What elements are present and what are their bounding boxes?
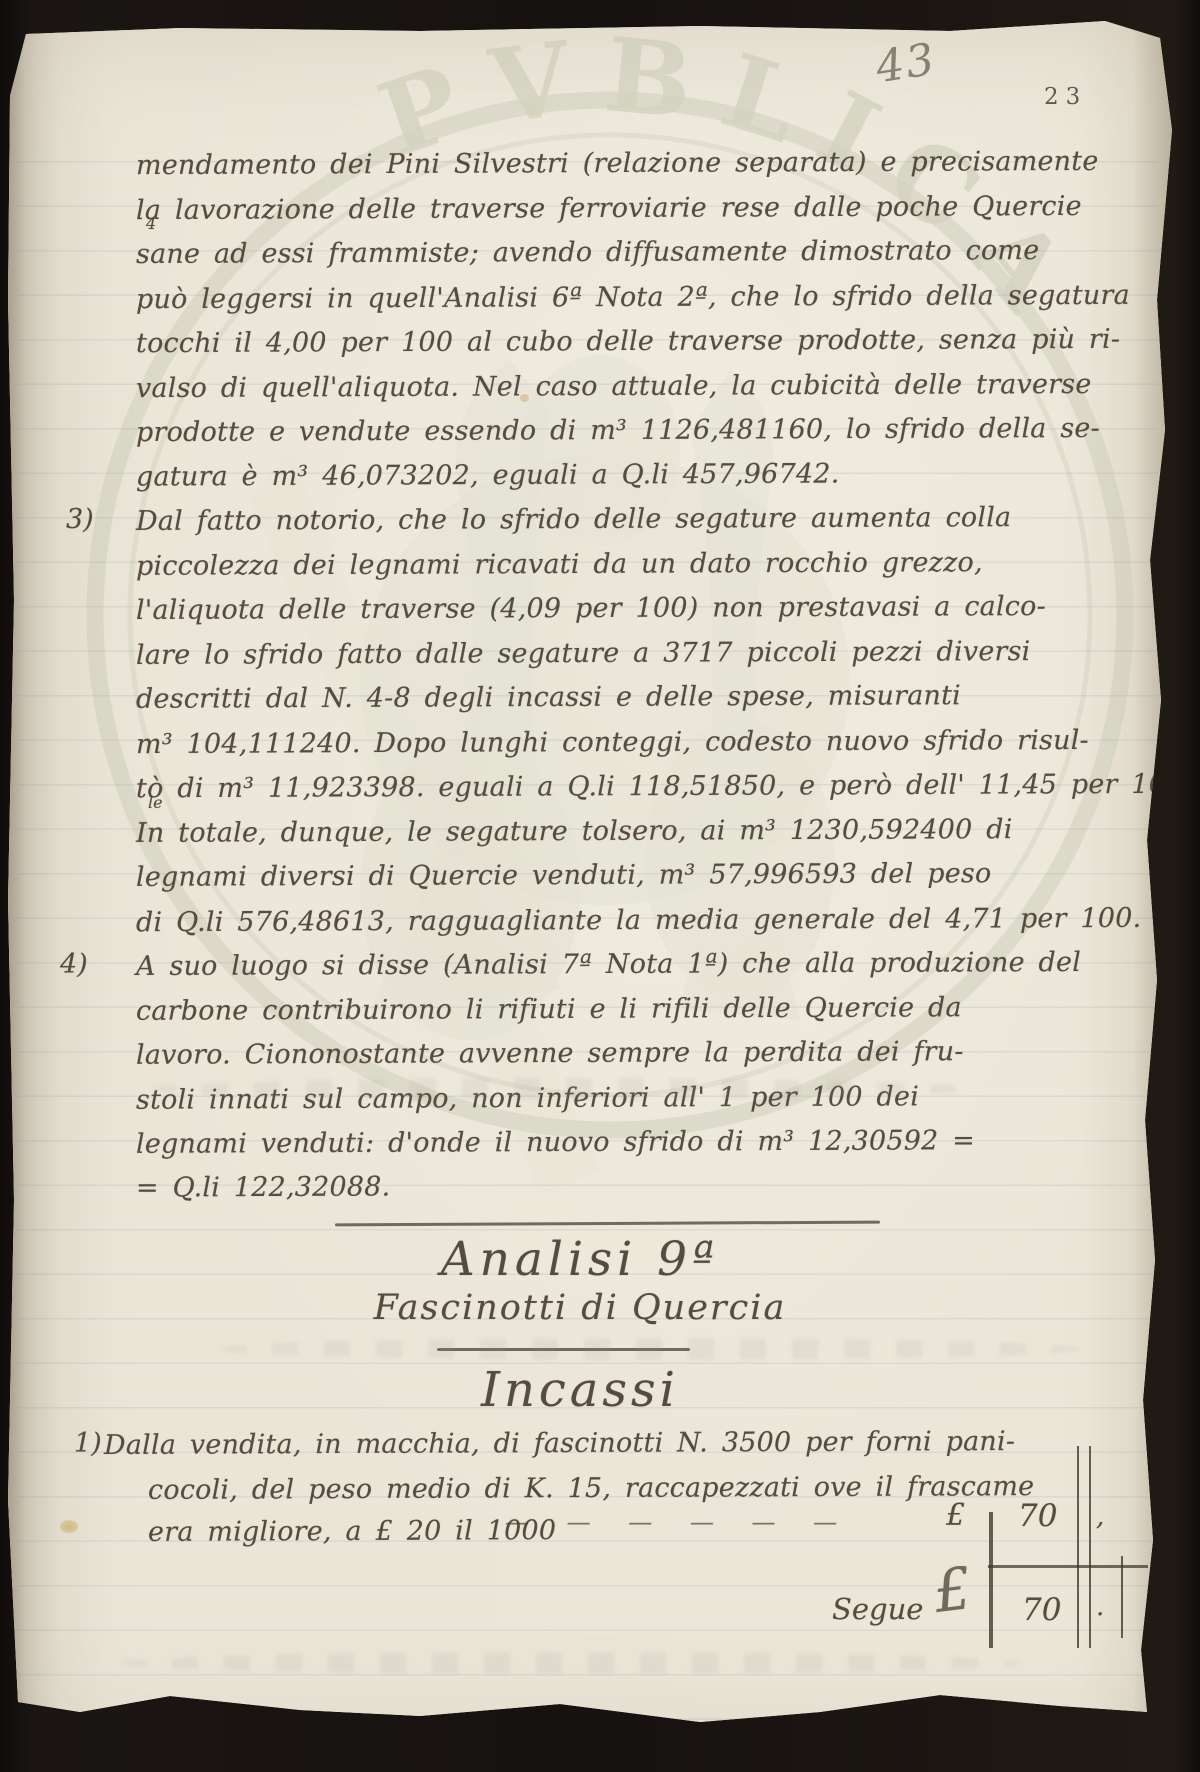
leader-dashes: — — — — — —	[505, 1508, 837, 1536]
section-rule-top	[335, 1221, 880, 1227]
amount-value: 70	[1022, 1592, 1061, 1628]
manuscript-line: stoli innati sul campo, non inferiori al…	[136, 1081, 919, 1115]
manuscript-line: legnami diversi di Quercie venduti, m³ 5…	[136, 858, 992, 893]
item-marker-3: 3)	[66, 504, 94, 535]
manuscript-line: l'aliquota delle traverse (4,09 per 100)…	[136, 591, 1046, 626]
segue-label: Segue	[832, 1592, 923, 1626]
cents-mark: ,	[1096, 1502, 1104, 1532]
manuscript-line: piccolezza dei legnami ricavati da un da…	[136, 547, 983, 582]
paper-stain	[60, 1520, 78, 1533]
ledger-horizontal-rule	[988, 1565, 1148, 1568]
amount-value: 70	[1018, 1498, 1057, 1534]
manuscript-line: valso di quell'aliquota. Nel caso attual…	[136, 369, 1092, 404]
ink-bleedthrough	[120, 1652, 1020, 1674]
analisi-heading: Analisi 9ª	[0, 1232, 1160, 1287]
manuscript-line: = Q.li 122,32088.	[136, 1171, 391, 1203]
manuscript-line: lavoro. Ciononostante avvenne sempre la …	[136, 1036, 964, 1071]
binding-shadow	[6, 20, 58, 1752]
entry-line: era migliore, a £ 20 il 1000	[148, 1515, 556, 1548]
incassi-heading: Incassi	[0, 1362, 1160, 1418]
manuscript-line: carbone contribuirono li rifiuti e li ri…	[136, 992, 962, 1027]
entry-line: cocoli, del peso medio di K. 15, raccape…	[148, 1471, 1034, 1506]
manuscript-line: tò di m³ 11,923398. eguali a Q.li 118,51…	[136, 769, 1192, 805]
ledger-vertical-rule	[1089, 1446, 1091, 1648]
scanned-manuscript-page: PVBLICA 43 23 mendamento dei Pini Silves…	[0, 0, 1200, 1772]
segue-currency-flourish: £	[930, 1554, 975, 1626]
manuscript-line: lare lo sfrido fatto dalle segature a 37…	[136, 636, 1031, 671]
manuscript-line: A suo luogo si disse (Analisi 7ª Nota 1ª…	[136, 947, 1081, 982]
manuscript-line: m³ 104,111240. Dopo lunghi conteggi, cod…	[136, 725, 1089, 760]
manuscript-line: mendamento dei Pini Silvestri (relazione…	[136, 146, 1099, 181]
manuscript-line: può leggersi in quell'Analisi 6ª Nota 2ª…	[136, 280, 1130, 315]
manuscript-line: la lavorazione delle traverse ferroviari…	[136, 191, 1082, 226]
manuscript-line: gatura è m³ 46,073202, eguali a Q.li 457…	[136, 458, 840, 492]
deckle-edge-shadow	[1132, 20, 1172, 1742]
item-marker-1: 1)	[74, 1428, 102, 1459]
paper-sheet: PVBLICA 43 23 mendamento dei Pini Silves…	[0, 0, 1200, 1772]
manuscript-line: sane ad essi frammiste; avendo diffusame…	[136, 235, 1040, 270]
ledger-vertical-rule	[989, 1512, 993, 1648]
section-rule-incassi	[437, 1348, 690, 1351]
manuscript-line: In totale, dunque, le segature tolsero, …	[136, 814, 1013, 849]
cents-mark: .	[1096, 1592, 1104, 1622]
page-number: 23	[1044, 84, 1087, 110]
entry-line: Dalla vendita, in macchia, di fascinotti…	[104, 1426, 1015, 1461]
ledger-vertical-rule	[1077, 1446, 1079, 1648]
fascinotti-subheading: Fascinotti di Quercia	[0, 1288, 1160, 1328]
manuscript-line: prodotte e vendute essendo di m³ 1126,48…	[136, 413, 1100, 448]
manuscript-line: Dal fatto notorio, che lo sfrido delle s…	[136, 502, 1011, 537]
manuscript-line: descritti dal N. 4-8 degli incassi e del…	[136, 680, 961, 715]
paper-speck	[980, 292, 984, 296]
manuscript-line: tocchi il 4,00 per 100 al cubo delle tra…	[136, 324, 1120, 359]
paper-stain	[520, 394, 529, 402]
manuscript-line: di Q.li 576,48613, ragguagliante la medi…	[136, 903, 1142, 938]
interline-correction: 4	[146, 214, 156, 233]
manuscript-line: legnami venduti: d'onde il nuovo sfrido …	[136, 1125, 975, 1160]
pencil-folio-number: 43	[872, 34, 939, 94]
currency-symbol: £	[946, 1498, 965, 1533]
ledger-vertical-rule	[1121, 1556, 1123, 1638]
item-marker-4: 4)	[60, 949, 88, 980]
interline-correction: le	[148, 793, 163, 812]
